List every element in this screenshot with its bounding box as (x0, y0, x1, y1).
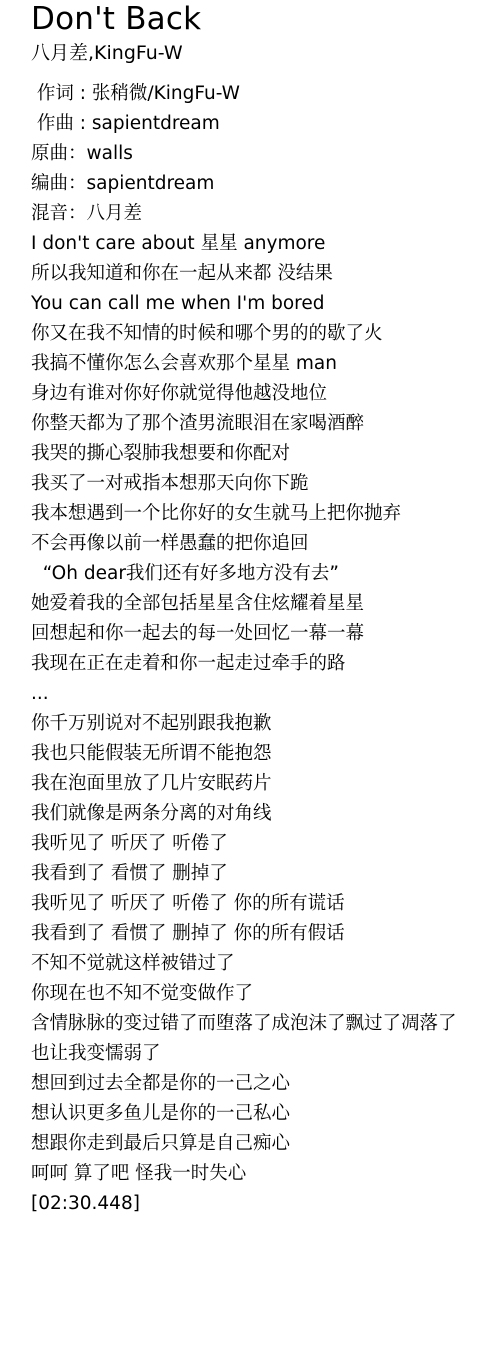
lyrics-body: 作词 : 张稍微/KingFu-W 作曲 : sapientdream原曲：wa… (31, 79, 500, 1219)
lyric-line: 我现在正在走着和你一起走过牵手的路 (31, 649, 500, 679)
lyric-line: 我也只能假装无所谓不能抱怨 (31, 739, 500, 769)
lyrics-page: Don't Back 八月差,KingFu-W 作词 : 张稍微/KingFu-… (31, 0, 500, 1219)
lyric-line: 含情脉脉的变过错了而堕落了成泡沫了飘过了凋落了 (31, 1009, 500, 1039)
lyric-line: 我看到了 看惯了 删掉了 (31, 859, 500, 889)
credit-line: 编曲：sapientdream (31, 169, 500, 199)
lyric-line: 回想起和你一起去的每一处回忆一幕一幕 (31, 619, 500, 649)
credit-line: 原曲：walls (31, 139, 500, 169)
lyric-line: 我听见了 听厌了 听倦了 你的所有谎话 (31, 889, 500, 919)
lyric-line: 我搞不懂你怎么会喜欢那个星星 man (31, 349, 500, 379)
lyric-line: 你现在也不知不觉变做作了 (31, 979, 500, 1009)
lyric-line: 我在泡面里放了几片安眠药片 (31, 769, 500, 799)
lyric-line: 不会再像以前一样愚蠢的把你追回 (31, 529, 500, 559)
lyric-line: 也让我变懦弱了 (31, 1039, 500, 1069)
lyric-line: 想跟你走到最后只算是自己痴心 (31, 1129, 500, 1159)
lyric-line: 不知不觉就这样被错过了 (31, 949, 500, 979)
lyric-line: I don't care about 星星 anymore (31, 229, 500, 259)
credit-line: 混音：八月差 (31, 199, 500, 229)
lyric-line: 我看到了 看惯了 删掉了 你的所有假话 (31, 919, 500, 949)
lyric-line: ... (31, 679, 500, 709)
lyric-line: 所以我知道和你在一起从来都 没结果 (31, 259, 500, 289)
lyric-line: 我买了一对戒指本想那天向你下跪 (31, 469, 500, 499)
lyric-line: 呵呵 算了吧 怪我一时失心 (31, 1159, 500, 1189)
lyric-line: 想回到过去全都是你的一己之心 (31, 1069, 500, 1099)
lyric-line: 你千万别说对不起别跟我抱歉 (31, 709, 500, 739)
lyric-line: 你又在我不知情的时候和哪个男的的歇了火 (31, 319, 500, 349)
lyric-line: 我本想遇到一个比你好的女生就马上把你抛弃 (31, 499, 500, 529)
lyric-line: 你整天都为了那个渣男流眼泪在家喝酒醉 (31, 409, 500, 439)
lyric-line: 我哭的撕心裂肺我想要和你配对 (31, 439, 500, 469)
credit-line: 作词 : 张稍微/KingFu-W (31, 79, 500, 109)
song-title: Don't Back (31, 0, 500, 37)
lyric-line: “Oh dear我们还有好多地方没有去” (31, 559, 500, 589)
lyric-line: You can call me when I'm bored (31, 289, 500, 319)
lyric-line: 我们就像是两条分离的对角线 (31, 799, 500, 829)
lyric-line: 身边有谁对你好你就觉得他越没地位 (31, 379, 500, 409)
credit-line: 作曲 : sapientdream (31, 109, 500, 139)
lyric-line: 想认识更多鱼儿是你的一己私心 (31, 1099, 500, 1129)
timestamp-line: [02:30.448] (31, 1189, 500, 1219)
lyric-line: 她爱着我的全部包括星星含住炫耀着星星 (31, 589, 500, 619)
lyric-line: 我听见了 听厌了 听倦了 (31, 829, 500, 859)
song-artist: 八月差,KingFu-W (31, 38, 500, 68)
